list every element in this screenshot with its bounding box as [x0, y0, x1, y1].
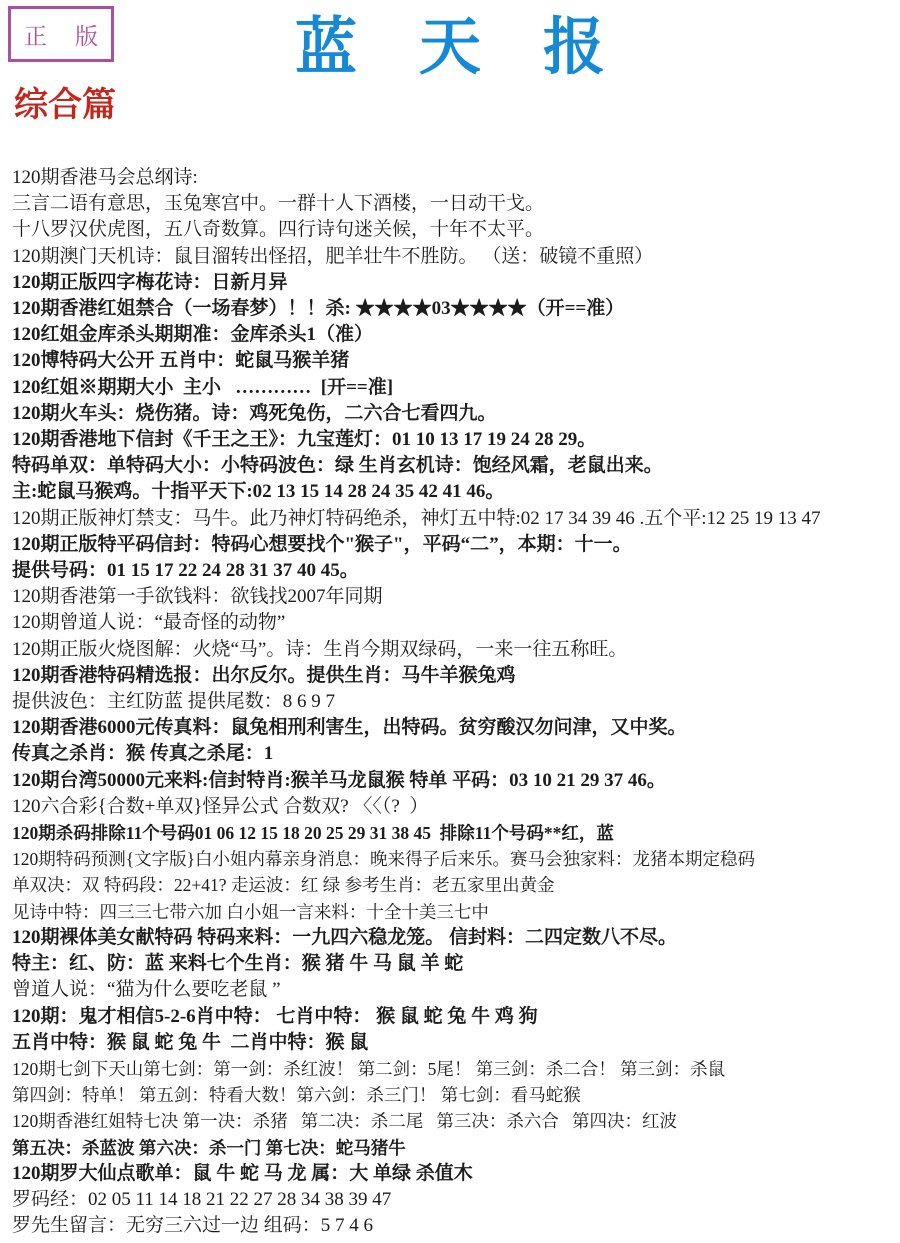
text-line: 120博特码大公开 五肖中：蛇鼠马猴羊猪 [12, 348, 898, 374]
text-line: 120期曾道人说：“最奇怪的动物” [12, 610, 898, 636]
text-line: 120期正版神灯禁支：马牛。此乃神灯特码绝杀，神灯五中特:02 17 34 39… [12, 506, 898, 532]
text-line: 120期杀码排除11个号码01 06 12 15 18 20 25 29 31 … [12, 820, 898, 846]
text-line: 提供波色：主红防蓝 提供尾数：8 6 9 7 [12, 689, 898, 715]
text-line: 120六合彩{合数+单双}怪异公式 合数双? 〈〈（? ） [12, 794, 898, 820]
masthead: 蓝天报 [0, 0, 900, 82]
text-line: 120期裸体美女献特码 特码来料：一九四六稳龙笼。 信封料：二四定数八不尽。 [12, 925, 898, 951]
text-line: 120期正版四字梅花诗：日新月异 [12, 270, 898, 296]
text-line: 120期香港特码精选报：出尔反尔。提供生肖：马牛羊猴兔鸡 [12, 663, 898, 689]
content-lines: 120期香港马会总纲诗: 三言二语有意思，玉兔寒宫中。一群十人下酒楼，一日动干戈… [12, 165, 898, 1239]
text-line: 120期台湾50000元来料:信封特肖:猴羊马龙鼠猴 特单 平码：03 10 2… [12, 768, 898, 794]
text-line: 120红姐※期期大小 主小 ………… [开==准] [12, 375, 898, 401]
text-line: 十八罗汉伏虎图，五八奇数算。四行诗句迷关候，十年不太平。 [12, 217, 898, 243]
text-line: 主:蛇鼠马猴鸡。十指平天下:02 13 15 14 28 24 35 42 41… [12, 479, 898, 505]
text-line: 120期香港红姐禁合（一场春梦）！！杀: ★★★★03★★★★（开==准） [12, 296, 898, 322]
section-heading: 综合篇 [14, 86, 900, 127]
text-line: 五肖中特：猴 鼠 蛇 兔 牛 二肖中特：猴 鼠 [12, 1030, 898, 1056]
text-line: 120期澳门天机诗：鼠目溜转出怪招，肥羊壮牛不胜防。 （送：破镜不重照） [12, 244, 898, 270]
text-line: 120期香港红姐特七决 第一决：杀猪 第二决：杀二尾 第三决：杀六合 第四决：红… [12, 1108, 898, 1134]
text-line: 120期香港6000元传真料：鼠兔相刑利害生，出特码。贫穷酸汉勿问津，又中奖。 [12, 715, 898, 741]
text-line: 传真之杀肖：猴 传真之杀尾：1 [12, 741, 898, 767]
text-line: 120期香港马会总纲诗: [12, 165, 898, 191]
text-line: 120期特码预测{文字版}白小姐内幕亲身消息：晚来得子后来乐。赛马会独家料：龙猪… [12, 846, 898, 872]
text-line: 120期香港地下信封《千王之王》：九宝莲灯：01 10 13 17 19 24 … [12, 427, 898, 453]
text-line: 见诗中特：四三三七带六加 白小姐一言来料：十全十美三七中 [12, 899, 898, 925]
text-line: 第四剑：特单！ 第五剑：特看大数！第六剑：杀三门！ 第七剑：看马蛇猴 [12, 1082, 898, 1108]
text-line: 三言二语有意思，玉兔寒宫中。一群十人下酒楼，一日动干戈。 [12, 191, 898, 217]
text-line: 120期正版特平码信封：特码心想要找个"猴子"，平码“二”，本期：十一。 [12, 532, 898, 558]
text-line: 120期：鬼才相信5-2-6肖中特： 七肖中特： 猴 鼠 蛇 兔 牛 鸡 狗 [12, 1004, 898, 1030]
text-line: 提供号码：01 15 17 22 24 28 31 37 40 45。 [12, 558, 898, 584]
text-line: 120期罗大仙点歌单：鼠 牛 蛇 马 龙 属：大 单绿 杀值木 [12, 1161, 898, 1187]
text-line: 第五决：杀蓝波 第六决：杀一门 第七决：蛇马猪牛 [12, 1135, 898, 1161]
text-line: 特码单双：单特码大小：小特码波色：绿 生肖玄机诗：饱经风霜，老鼠出来。 [12, 453, 898, 479]
text-line: 曾道人说：“猫为什么要吃老鼠 ” [12, 977, 898, 1003]
text-line: 罗先生留言：无穷三六过一边 组码：5 7 4 6 [12, 1213, 898, 1239]
text-line: 120期七剑下天山第七剑：第一剑：杀红波！ 第二剑：5尾！ 第三剑：杀二合！ 第… [12, 1056, 898, 1082]
text-line: 120期香港第一手欲钱料：欲钱找2007年同期 [12, 584, 898, 610]
text-line: 特主：红、防：蓝 来料七个生肖：猴 猪 牛 马 鼠 羊 蛇 [12, 951, 898, 977]
text-line: 120期火车头：烧伤猪。诗：鸡死兔伤，二六合七看四九。 [12, 401, 898, 427]
authenticity-badge-label: 正版 [0, 18, 126, 51]
text-line: 罗码经：02 05 11 14 18 21 22 27 28 34 38 39 … [12, 1187, 898, 1213]
authenticity-badge: 正版 [8, 6, 114, 62]
text-line: 120红姐金库杀头期期准：金库杀头1（准） [12, 322, 898, 348]
text-line: 单双决：双 特码段：22+41? 走运波：红 绿 参考生肖：老五家里出黄金 [12, 872, 898, 898]
text-line: 120期正版火烧图解：火烧“马”。诗：生肖今期双绿码，一来一往五称旺。 [12, 637, 898, 663]
newspaper-title: 蓝天报 [295, 14, 667, 82]
